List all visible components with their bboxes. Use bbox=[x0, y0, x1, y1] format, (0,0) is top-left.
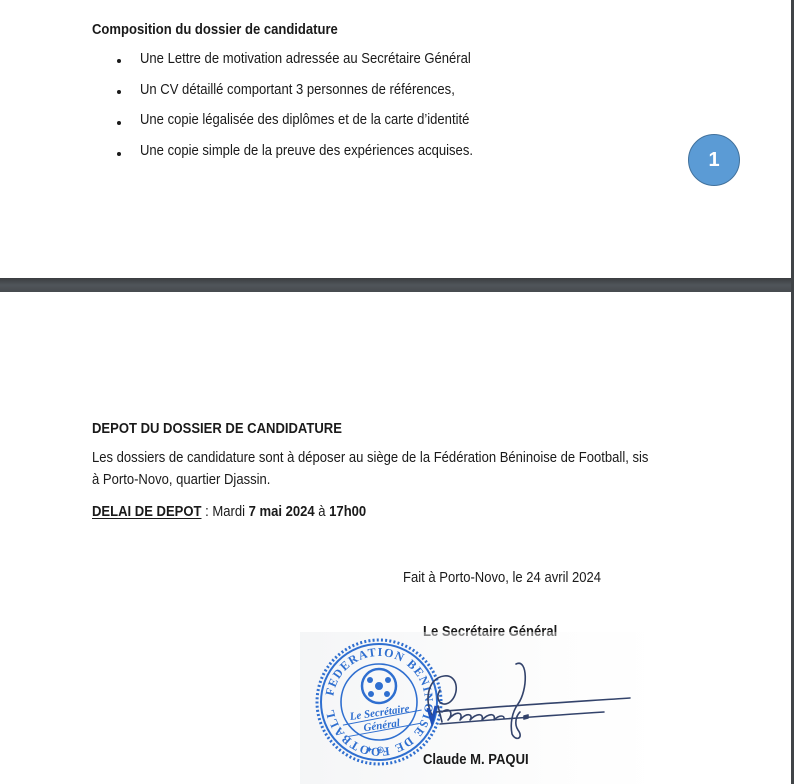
deadline-date: 7 mai 2024 bbox=[249, 504, 315, 520]
list-item-text: Une Lettre de motivation adressée au Sec… bbox=[140, 50, 471, 68]
depot-paragraph-line-1: Les dossiers de candidature sont à dépos… bbox=[92, 449, 710, 467]
signatory-name: Claude M. PAQUI bbox=[423, 751, 540, 769]
bullet-icon bbox=[117, 152, 121, 156]
bullet-icon bbox=[117, 59, 121, 63]
list-item-text: Une copie légalisée des diplômes et de l… bbox=[140, 111, 469, 129]
document-page-1: Composition du dossier de candidature Un… bbox=[0, 0, 791, 278]
deadline-connector: à bbox=[315, 504, 330, 520]
deadline-separator: : Mardi bbox=[201, 504, 248, 520]
page-number-badge: 1 bbox=[688, 134, 740, 186]
page-number: 1 bbox=[708, 149, 719, 172]
bullet-icon bbox=[117, 90, 121, 94]
bullet-icon bbox=[117, 121, 121, 125]
svg-text:✦ ⊛: ✦ ⊛ bbox=[365, 745, 385, 756]
handwritten-signature bbox=[420, 660, 660, 750]
deadline-line: DELAI DE DEPOT : Mardi 7 mai 2024 à 17h0… bbox=[92, 503, 397, 521]
page-separator bbox=[0, 278, 794, 292]
deadline-label: DELAI DE DEPOT bbox=[92, 504, 201, 520]
place-and-date: Fait à Porto-Novo, le 24 avril 2024 bbox=[403, 569, 623, 587]
list-item-text: Un CV détaillé comportant 3 personnes de… bbox=[140, 81, 455, 99]
composition-heading: Composition du dossier de candidature bbox=[92, 21, 365, 39]
depot-heading: DEPOT DU DOSSIER DE CANDIDATURE bbox=[92, 420, 370, 438]
depot-paragraph-line-2: à Porto-Novo, quartier Djassin. bbox=[92, 471, 290, 489]
deadline-time: 17h00 bbox=[329, 504, 366, 520]
list-item-text: Une copie simple de la preuve des expéri… bbox=[140, 142, 473, 160]
